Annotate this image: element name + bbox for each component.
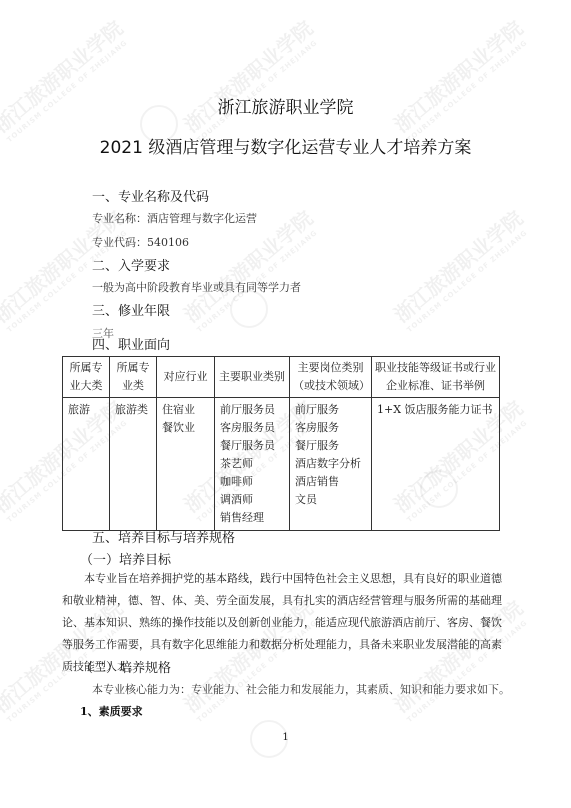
- section-4-heading: 四、职业面向: [92, 334, 170, 353]
- section-1-heading: 一、专业名称及代码: [92, 186, 209, 205]
- admission-text: 一般为高中阶段教育毕业或具有同等学力者: [92, 279, 301, 295]
- table-header: 主要职业类别: [215, 357, 290, 398]
- table-header: 所属专业类: [110, 357, 157, 398]
- table-cell: 前厅服务员 客房服务员 餐厅服务员 茶艺师 咖啡师 调酒师 销售经理: [215, 398, 290, 531]
- school-title: 浙江旅游职业学院: [0, 93, 571, 118]
- page-number: 1: [0, 732, 571, 743]
- training-spec-text: 本专业核心能力为：专业能力、社会能力和发展能力，其素质、知识和能力要求如下。: [92, 681, 510, 697]
- section-2-heading: 二、入学要求: [92, 255, 170, 274]
- table-header: 主要岗位类别（或技术领域）: [290, 357, 372, 398]
- table-header-row: 所属专业大类 所属专业类 对应行业 主要职业类别 主要岗位类别（或技术领域） 职…: [63, 357, 500, 398]
- career-table: 所属专业大类 所属专业类 对应行业 主要职业类别 主要岗位类别（或技术领域） 职…: [62, 356, 500, 531]
- section-5-heading: 五、培养目标与培养规格: [92, 527, 235, 546]
- watermark-seal-icon: [230, 290, 268, 328]
- table-header: 所属专业大类: [63, 357, 110, 398]
- table-cell: 住宿业 餐饮业: [157, 398, 215, 531]
- table-cell: 1+X 饭店服务能力证书: [372, 398, 500, 531]
- table-row: 旅游 旅游类 住宿业 餐饮业 前厅服务员 客房服务员 餐厅服务员 茶艺师 咖啡师…: [63, 398, 500, 531]
- section-3-heading: 三、修业年限: [92, 300, 170, 319]
- watermark: 浙江旅游职业学院TOURISM COLLEGE OF ZHEJIANG: [177, 13, 323, 144]
- subsection-2-heading: （二）培养规格: [80, 657, 171, 676]
- table-cell: 旅游类: [110, 398, 157, 531]
- major-code: 专业代码：540106: [92, 234, 189, 250]
- table-cell: 旅游: [63, 398, 110, 531]
- watermark: 浙江旅游职业学院TOURISM COLLEGE OF ZHEJIANG: [387, 13, 533, 144]
- major-name: 专业名称：酒店管理与数字化运营: [92, 210, 257, 226]
- watermark: 浙江旅游职业学院TOURISM COLLEGE OF ZHEJIANG: [387, 203, 533, 334]
- table-cell: 前厅服务 客房服务 餐厅服务 酒店数字分析酒店销售 文员: [290, 398, 372, 531]
- item-1-heading: 1、素质要求: [80, 703, 143, 719]
- table-header: 职业技能等级证书或行业企业标准、证书举例: [372, 357, 500, 398]
- table-header: 对应行业: [157, 357, 215, 398]
- plan-title: 2021 级酒店管理与数字化运营专业人才培养方案: [0, 133, 571, 158]
- watermark: 浙江旅游职业学院TOURISM COLLEGE OF ZHEJIANG: [0, 13, 133, 144]
- subsection-1-heading: （一）培养目标: [80, 549, 171, 568]
